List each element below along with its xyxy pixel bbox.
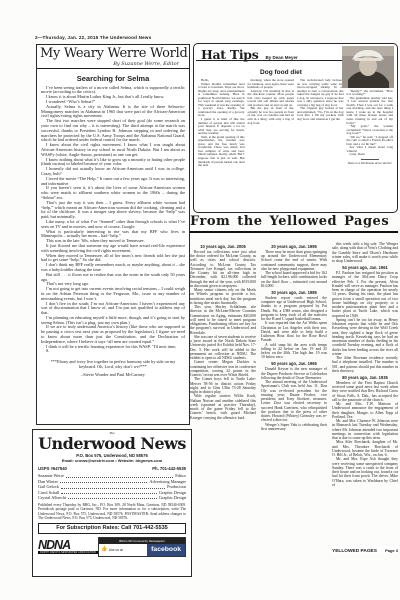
paragraph: Mr. and Mrs. Espe Ash thought they were … (332, 457, 398, 487)
newspaper-page: 2—Thursday, Jan. 22, 2015 The Underwood … (0, 0, 400, 600)
paragraph: A cold snap hit the area with temps fall… (261, 343, 327, 360)
masthead-email-website: Email: unews@westriv.com • Website: bhgn… (38, 458, 186, 463)
paragraph: this week with a big sale. The Wenger sa… (332, 242, 398, 263)
thumbs-up-icon: 👍 (101, 547, 107, 552)
like-us-text: Like us on (109, 548, 124, 552)
yellowed-continuation: YELLOWED PAGES Page 3 (332, 546, 398, 554)
paragraph: This year, Shirley Schlafman, site direc… (190, 305, 256, 335)
hat-footer-note: Dean is a Dickinson area rancher (347, 162, 394, 166)
facebook-logo: facebook (147, 544, 185, 556)
ndna-logo-text: NDNA (38, 539, 98, 552)
hat-column-4-text: urge to eat, I simply reach in my pocket… (347, 79, 394, 157)
yellowed-pages-section: 10 years ago, Jan. 2005Record tax collec… (190, 242, 398, 562)
paragraph: Donald Keyser is the new manager of the … (261, 367, 327, 380)
yellowed-column-1: 10 years ago, Jan. 2005Record tax collec… (190, 242, 256, 562)
dotted-leader (61, 493, 157, 494)
paragraph: The annual meeting of the Underwood Spor… (261, 380, 327, 423)
paragraph: I don’t live in the south; I’m not Afric… (41, 302, 185, 316)
paragraph: Comet center Megan Duckter is continuing… (190, 360, 256, 377)
paragraph: Spring can’t be too far away, as Henry J… (332, 318, 398, 356)
dean-meyer-photo (342, 46, 394, 88)
section-heading: 80 years ago, Jan. 1935 (332, 376, 398, 380)
paragraph: Student report cards entered the compute… (261, 296, 327, 322)
weary-column-byline: By Suzanne Werre, Editor (40, 61, 186, 67)
paragraph: The well-dressed lady between us was car… (297, 79, 344, 107)
paragraph: Wenger’s Super Valu is celebrating their… (261, 423, 327, 432)
section-heading: 50 years ago, Jan. 1965 (261, 362, 327, 366)
section-heading: 10 years ago, Jan. 2005 (190, 245, 256, 249)
staff-role: Graphic Design (159, 495, 186, 500)
paragraph: But the guy in front of me, actually he … (248, 107, 295, 125)
staff-row: Crystal AlbrechtGraphic Design (38, 495, 186, 500)
weary-masthead: My Weary Werre World By Suzanne Werre, E… (37, 45, 189, 69)
paragraph: Actually, Selma is a city in Alabama. It… (41, 105, 185, 119)
paragraph: Many senior citizens rely on the Meals o… (190, 288, 256, 305)
hat-divider (361, 159, 379, 160)
weary-article-headline: Searching for Selma (37, 74, 189, 83)
masthead-usps-phone-row: USPS #647540 Ph. 701-442-5535 (38, 466, 186, 471)
paragraph: With regular starters Willie Kraft, Nath… (190, 394, 256, 420)
weary-closing-quote: ***Ebony and ivory live together in perf… (37, 360, 189, 370)
masthead-title: Underwood News (38, 436, 186, 452)
paragraph: That’s just the way it was then – I gues… (41, 201, 185, 220)
paragraph: S. (41, 349, 185, 354)
yellowed-column-3: this week with a big sale. The Wenger sa… (332, 242, 398, 562)
subscription-rates-bar: For Subscription Rates: Call 701-442-553… (38, 523, 186, 534)
paragraph: I’m not going to get into current events… (41, 287, 185, 301)
staff-name: Crystal Albrecht (38, 495, 66, 500)
yellowed-continuation-label: YELLOWED PAGES (332, 549, 377, 554)
paragraph: The school board approved a bid for 162 … (261, 271, 327, 288)
page-folio-line: 2—Thursday, Jan. 22, 2015 The Underwood … (35, 35, 151, 40)
yellowed-continuation-page: Page 3 (385, 548, 398, 553)
masthead-box: The Underwood News P.O. Box 575, Underwo… (32, 429, 192, 577)
masthead-usps: USPS #647540 (38, 466, 67, 471)
paragraph: If we are to truly understand America’s … (41, 325, 185, 344)
weary-werre-world-column: My Weary Werre World By Suzanne Werre, E… (36, 44, 190, 425)
paragraph: There may be more than grass springing u… (261, 250, 327, 271)
section-heading: 20 years ago, Jan. 1995 (261, 245, 327, 249)
hat-column-2: morning, when the store opened for busin… (248, 79, 295, 168)
hat-column-4: urge to eat, I simply reach in my pocket… (347, 79, 394, 168)
hat-tips-column: Hat Tips By Dean Meyer Dog food diet Hel… (193, 43, 398, 213)
yellowed-column-2: 20 years ago, Jan. 1995There may be more… (261, 242, 327, 562)
weary-quote-attribution: –Stevie Wonder and Paul McCartney (37, 372, 189, 377)
paragraph: Winter months sometimes tend to lead to … (198, 83, 245, 118)
paragraph: She was one of seven students to receive… (190, 335, 256, 361)
paragraph: The first two marches were stopped short… (41, 119, 185, 143)
paragraph: Anyway, I’m standing in line at the chec… (248, 90, 295, 108)
section-heading: 30 years ago, Jan. 1985 (261, 291, 327, 295)
masthead-phone: Ph. 701-442-5535 (152, 466, 186, 471)
paragraph: Record tax collections were just what th… (190, 250, 256, 288)
weary-column-title: My Weary Werre World (40, 47, 186, 61)
paragraph: I think it will be a terrific learning e… (41, 345, 185, 350)
paragraph: Mr. and Mrs. T.W. Mattson of Underwood a… (332, 402, 398, 419)
paragraph: If you haven’t seen it, it’s about the l… (41, 186, 185, 200)
paragraph: It was reported that the Art Welks spent… (261, 321, 327, 342)
hat-tips-header: Hat Tips By Dean Meyer (196, 44, 344, 61)
ndna-logo-bar: NORTH DAKOTA NEWSPAPER ASSOCIATION (38, 551, 98, 554)
hat-column-1: Hello,Winter months sometimes tend to le… (198, 79, 245, 168)
ndna-logo: NDNA NORTH DAKOTA NEWSPAPER ASSOCIATION (38, 539, 98, 555)
dotted-leader (66, 477, 173, 478)
paragraph: Miss Siler Borchardt, daughter of Mr. an… (332, 440, 398, 457)
facebook-badge: BHG's ND Community Newspapers 👍 Like us … (98, 537, 186, 557)
hat-article-headline: Dog food diet (206, 69, 356, 76)
paragraph: The John Bowman residence recently had a… (332, 356, 398, 373)
facebook-badge-body: 👍 Like us on facebook (99, 544, 185, 556)
paragraph: I guess it is kind of like the number of… (198, 118, 245, 136)
paragraph: Later, Dean (347, 153, 394, 157)
paragraph: P.J. Paulson has resigned his position a… (332, 271, 398, 318)
dotted-leader (68, 498, 157, 499)
paragraph: Mr. and Mrs. Clarence W. Johnson were in… (332, 419, 398, 440)
paragraph: The gentleman quickly told her, “I lost … (347, 97, 394, 125)
paragraph: Well, at the grand opening of this super… (198, 136, 245, 168)
hat-tips-byline: By Dean Meyer (265, 55, 297, 60)
masthead-logos-row: NDNA NORTH DAKOTA NEWSPAPER ASSOCIATION … (38, 537, 186, 557)
hat-tips-title: Hat Tips (201, 47, 258, 62)
dotted-leader (60, 482, 147, 483)
weary-article-body: I’ve been seeing trailers of a movie cal… (37, 86, 189, 355)
paragraph: I know about the civil rights movement. … (41, 143, 185, 157)
section-heading: 54 years ago, Jan. 1961 (332, 266, 398, 270)
yellowed-pages-banner: From the Yellowed Pages (190, 214, 398, 233)
like-us-label: 👍 Like us on (99, 544, 147, 556)
paragraph: The crippled guy looked at her and expla… (297, 107, 344, 121)
masthead-publisher-info: Published every Thursday by BHG, Inc., P… (38, 503, 186, 519)
paragraph: Members of the First Baptist Church rece… (332, 381, 398, 402)
staff-list: Suzanne WerreEditor Dan WinterAdvertisin… (38, 473, 186, 500)
hat-column-3: The well-dressed lady between us was car… (297, 79, 344, 168)
paragraph: The Comet boys fell to Turtle Lake-Merce… (190, 377, 256, 394)
dotted-leader (61, 488, 165, 489)
hat-article-body: Hello,Winter months sometimes tend to le… (194, 79, 397, 168)
